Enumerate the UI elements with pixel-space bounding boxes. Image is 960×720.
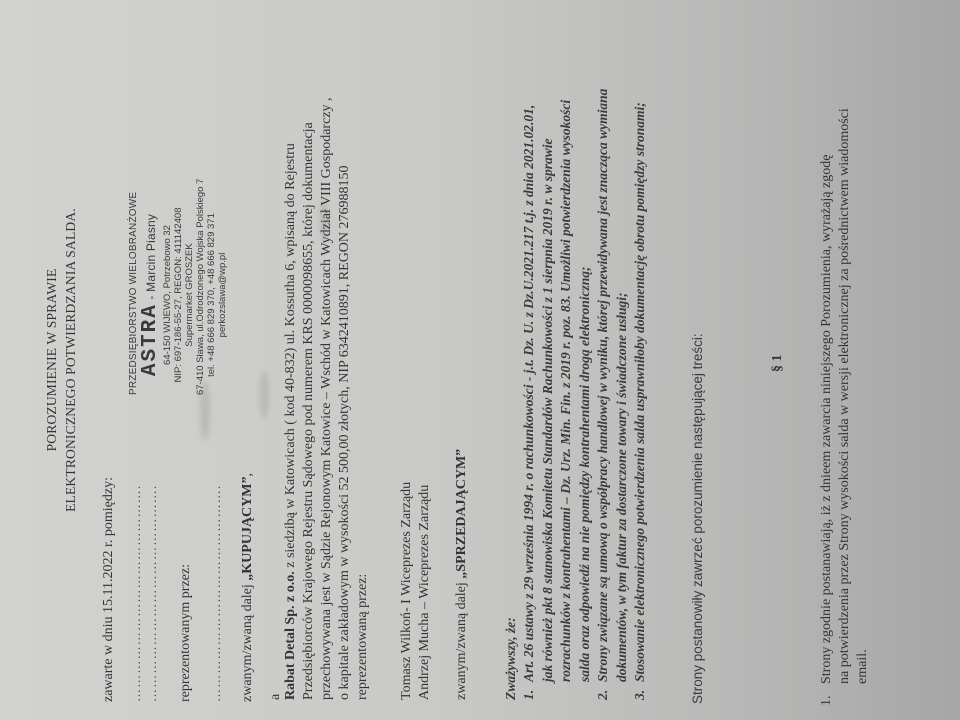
whereas-item-1-line-2: jak również pkt 8 stanowiska Komitetu St… bbox=[539, 89, 558, 700]
stamp-address: 64-150 WIJEWO, Potrzebowo 32 bbox=[162, 195, 173, 395]
clause-1-line-1: Strony zgodnie postanawiają, iż z dnieem… bbox=[819, 155, 834, 684]
clause-1-number: 1. bbox=[818, 684, 836, 706]
whereas-item-2-line-2: dokumentów, w tym faktur za dostarczone … bbox=[613, 89, 632, 700]
buyer-address-blank: ………………………………………. bbox=[144, 485, 160, 702]
seller-representatives: Tomasz Wilkoń- I Wiceprezes Zarządu Andr… bbox=[398, 482, 434, 700]
whereas-item-1-number: 1. bbox=[520, 682, 539, 700]
buyer-label: „KUPUJĄCYM” bbox=[240, 477, 255, 581]
whereas-item-1-line-4: salda oraz odpowiedź na nie pomiędzy kon… bbox=[576, 89, 595, 700]
stamp-phones: tel. +48 666 829 370, +48 666 829 371 bbox=[206, 195, 217, 395]
whereas-item-2-number: 2. bbox=[594, 682, 613, 700]
whereas-item-2: 2.Strony związane są umową o współpracy … bbox=[594, 89, 631, 700]
seller-description: Rabat Detal Sp. z o.o. z siedzibą w Kato… bbox=[282, 97, 372, 700]
stamp-shop-address: 67-410 Sława, ul.Odrodzonego Wojska Pols… bbox=[195, 195, 206, 395]
seller-line-1: Rabat Detal Sp. z o.o. z siedzibą w Kato… bbox=[282, 97, 300, 700]
section-heading: § 1 bbox=[770, 355, 786, 373]
seller-line-5: reprezentowaną przez: bbox=[354, 97, 372, 700]
stamp-brand-name: ASTRA bbox=[139, 303, 162, 376]
document-title-line-1: POROZUMIENIE W SPRAWIE bbox=[44, 180, 60, 540]
buyer-represented-by-label: reprezentowanym przez: bbox=[178, 564, 194, 702]
whereas-item-2-line-1: Strony związane są umową o współpracy ha… bbox=[595, 89, 610, 682]
clause-1: 1.Strony zgodnie postanawiają, iż z dnie… bbox=[818, 108, 872, 706]
seller-line-1-text: z siedzibą w Katowicach ( kod 40-832) ul… bbox=[283, 143, 298, 571]
seller-line-2: Przedsiębiorców Krajowego Rejestru Sądow… bbox=[300, 97, 318, 700]
whereas-item-3: 3.Stosowanie elektronicznego potwierdzen… bbox=[631, 89, 650, 700]
stamp-shop: Supermarket GROSZEK bbox=[184, 195, 195, 395]
stamp-owner: - Marcin Piasny bbox=[144, 214, 158, 303]
agreement-intro: Strony postanowiły zawrzeć porozumienie … bbox=[690, 333, 705, 704]
representative-1: Tomasz Wilkoń- I Wiceprezes Zarządu bbox=[398, 482, 416, 700]
scanned-document-page: POROZUMIENIE W SPRAWIE ELEKTRONICZNEGO P… bbox=[0, 0, 960, 720]
document-title-line-2: ELEKTRONICZNEGO POTWIERDZANIA SALDA. bbox=[63, 180, 79, 540]
whereas-item-1-line-3: rozrachunków z kontrahentami – Dz. Urz. … bbox=[557, 89, 576, 700]
whereas-item-1-line-1: Art. 26 ustawy z 29 września 1994 r. o r… bbox=[521, 105, 536, 682]
buyer-name-blank: ………………………………………. bbox=[128, 485, 144, 702]
company-stamp: PRZEDSIĘBIORSTWO WIELOBRANŻOWE ASTRA - M… bbox=[128, 195, 228, 395]
whereas-item-1: 1.Art. 26 ustawy z 29 września 1994 r. o… bbox=[520, 89, 594, 700]
clause-1-line-2: na potwierdzenia przez Strony wysokości … bbox=[836, 108, 854, 706]
whereas-list: 1.Art. 26 ustawy z 29 września 1994 r. o… bbox=[520, 89, 650, 700]
buyer-designation-suffix: , bbox=[240, 473, 255, 477]
stamp-tax-ids: NIP: 697-186-55-27, REGON: 411142408 bbox=[173, 195, 184, 395]
stamp-company-type: PRZEDSIĘBIORSTWO WIELOBRANŻOWE bbox=[128, 195, 139, 395]
whereas-heading: Zważywszy, że: bbox=[502, 617, 521, 700]
seller-line-4: o kapitale zakładowym w wysokości 52 500… bbox=[336, 97, 354, 700]
whereas-item-3-line-1: Stosowanie elektronicznego potwierdzenia… bbox=[632, 102, 647, 682]
whereas-item-3-number: 3. bbox=[631, 682, 650, 700]
buyer-representative-blank: ………………………………………. bbox=[208, 485, 224, 702]
seller-line-3: przechowywana jest w Sądzie Rejonowym Ka… bbox=[318, 97, 336, 700]
representative-2: Andrzej Mucha – Wiceprezes Zarządu bbox=[416, 482, 434, 700]
buyer-designation-prefix: zwanym/zwaną dalej bbox=[240, 581, 255, 702]
stamp-brand: ASTRA - Marcin Piasny bbox=[139, 195, 162, 395]
agreement-date-intro: zawarte w dniu 15.11.2022 r. pomiędzy: bbox=[101, 477, 117, 702]
clause-1-line-3: email. bbox=[854, 108, 872, 706]
seller-label: „SPRZEDAJĄCYM” bbox=[454, 449, 469, 579]
seller-company-name: Rabat Detal Sp. z o.o. bbox=[283, 571, 298, 700]
seller-designation-prefix: zwanym/zwaną dalej bbox=[454, 579, 469, 700]
seller-designation: zwanym/zwaną dalej „SPRZEDAJĄCYM” bbox=[454, 449, 470, 700]
stamp-email: perkozslawa@wp.pl bbox=[217, 195, 228, 395]
buyer-designation: zwanym/zwaną dalej „KUPUJĄCYM”, bbox=[240, 473, 256, 702]
